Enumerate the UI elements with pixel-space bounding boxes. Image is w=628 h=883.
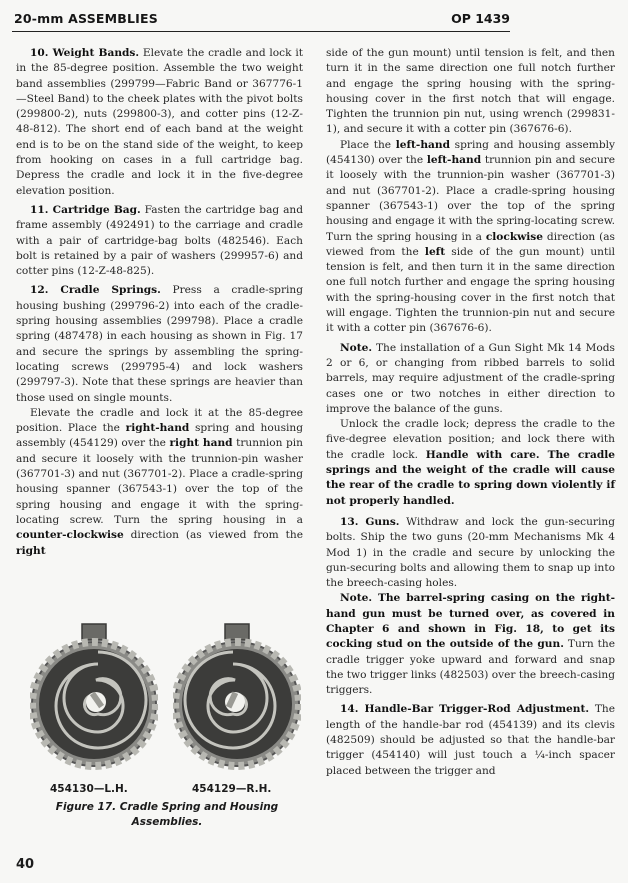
paragraph-unlock-cradle: Unlock the cradle lock; depress the crad…: [326, 417, 615, 509]
paragraph-guns: 13. Guns. Withdraw and lock the gun-secu…: [326, 515, 615, 591]
paragraph-cradle-springs: 12. Cradle Springs. Press a cradle-sprin…: [16, 283, 303, 405]
figure-label-left-hand: 454130—L.H.: [50, 783, 128, 795]
heading-handle-bar-trigger-rod: 14. Handle-Bar Trigger-Rod Adjustment.: [340, 703, 589, 715]
paragraph-right-hand-spring: Elevate the cradle and lock it at the 85…: [16, 406, 303, 559]
heading-weight-bands: 10. Weight Bands.: [30, 47, 139, 59]
note-barrel-spring: Note. The barrel-spring casing on the ri…: [326, 591, 615, 698]
paragraph-weight-bands: 10. Weight Bands. Elevate the cradle and…: [16, 46, 303, 199]
figure-17: 454130—L.H. 454129—R.H. Figure 17. Cradl…: [16, 622, 303, 840]
right-column: side of the gun mount) until tension is …: [326, 46, 615, 779]
heading-guns: 13. Guns.: [340, 516, 400, 528]
left-column: 10. Weight Bands. Elevate the cradle and…: [16, 46, 303, 559]
note-gun-sight: Note. The installation of a Gun Sight Mk…: [326, 341, 615, 417]
paragraph-handle-bar-trigger-rod: 14. Handle-Bar Trigger-Rod Adjustment. T…: [326, 702, 615, 778]
heading-cradle-springs: 12. Cradle Springs.: [30, 284, 161, 296]
document-id: OP 1439: [451, 11, 510, 26]
figure-caption: Figure 17. Cradle Spring and Housing Ass…: [36, 800, 298, 830]
figure-label-right-hand: 454129—R.H.: [192, 783, 271, 795]
paragraph-cartridge-bag: 11. Cartridge Bag. Fasten the cartridge …: [16, 203, 303, 279]
page-number: 40: [16, 857, 34, 872]
paragraph-continuation: side of the gun mount) until tension is …: [326, 46, 615, 138]
header-rule: [12, 31, 510, 32]
spring-housing-right-hand-image: [173, 622, 301, 772]
spring-housing-left-hand-image: [30, 622, 158, 772]
heading-cartridge-bag: 11. Cartridge Bag.: [30, 204, 141, 216]
section-title: 20-mm ASSEMBLIES: [14, 11, 158, 26]
paragraph-left-hand-spring: Place the left-hand spring and housing a…: [326, 138, 615, 337]
